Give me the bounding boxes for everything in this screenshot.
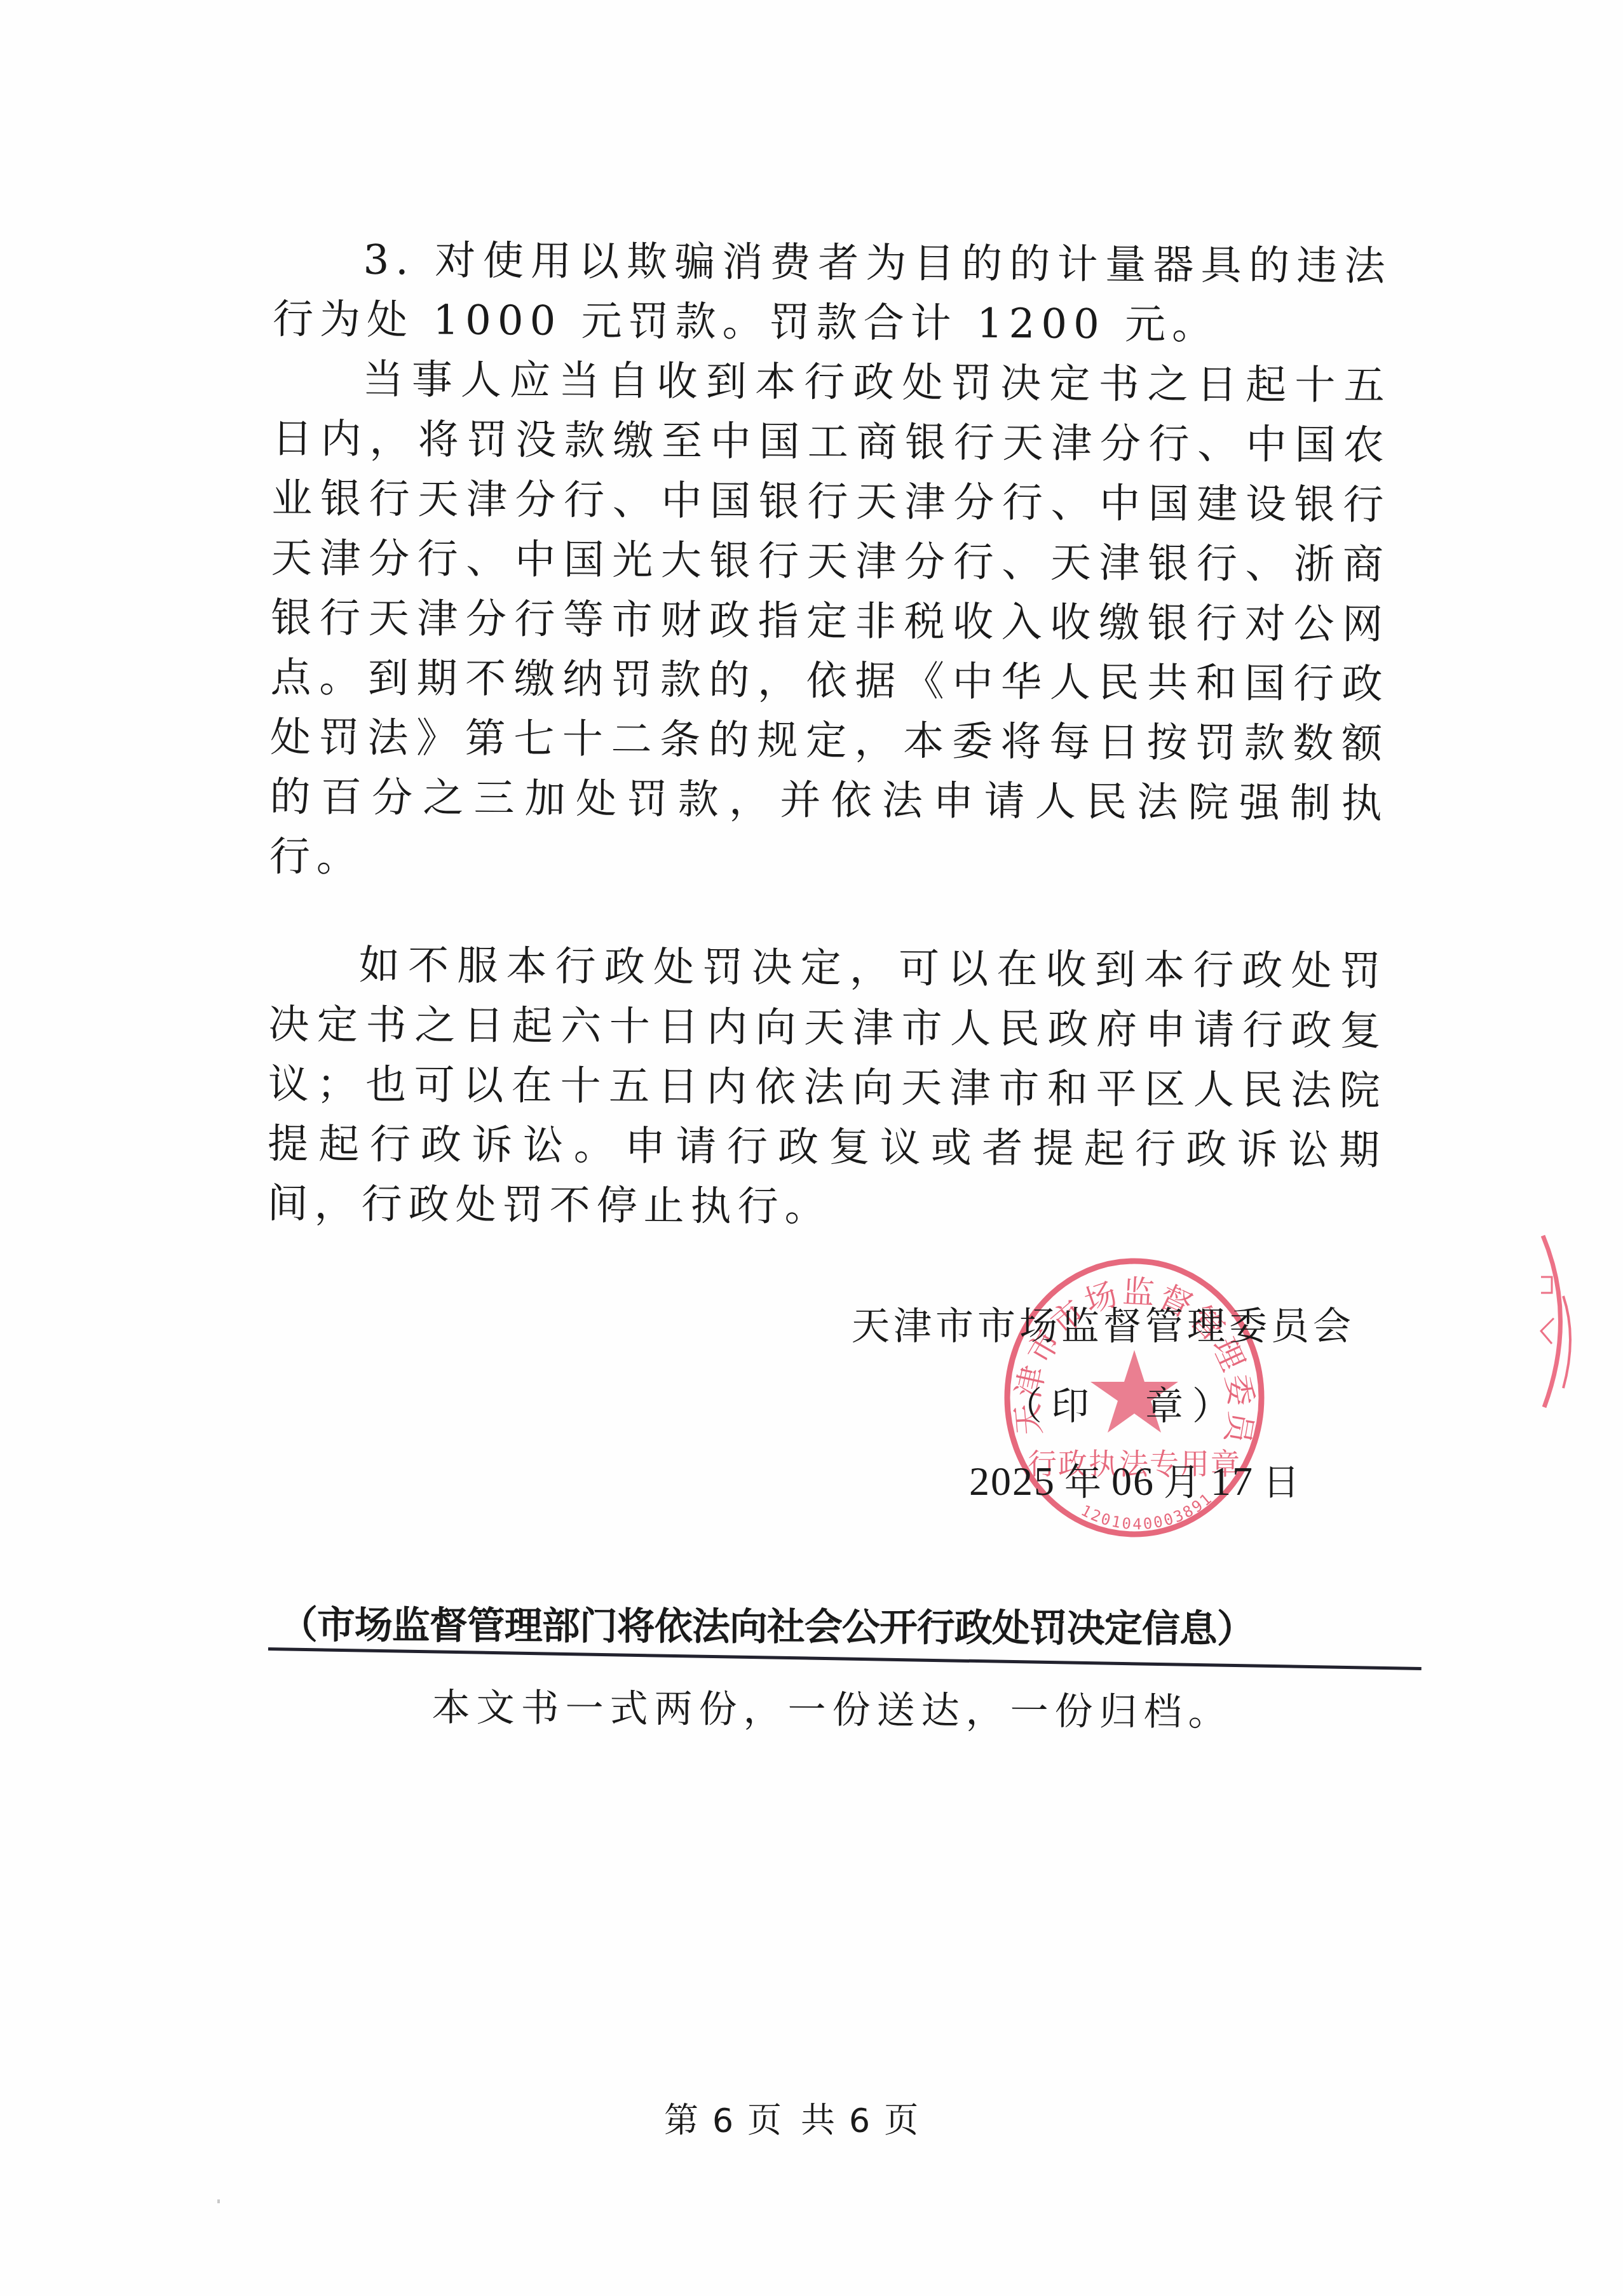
issue-date: 2025年06月17日: [969, 1452, 1310, 1506]
payment-instructions-paragraph: 当事人应当自收到本行政处罚决定书之日起十五日内，将罚没款缴至中国工商银行天津分行…: [269, 349, 1391, 894]
issuing-organization: 天津市市场监督管理委员会: [852, 1296, 1355, 1351]
page-number-footer: 第6页共6页: [664, 2093, 918, 2142]
footer-total-prefix: 共: [801, 2100, 835, 2140]
date-year: 2025: [969, 1459, 1056, 1504]
date-month: 06: [1111, 1459, 1155, 1504]
date-day: 17: [1211, 1459, 1254, 1504]
appeal-rights-paragraph: 如不服本行政处罚决定，可以在收到本行政处罚决定书之日起六十日内向天津市人民政府申…: [267, 935, 1387, 1241]
date-day-unit: 日: [1263, 1461, 1301, 1504]
total-pages-number: 6: [849, 2102, 870, 2140]
disclosure-notice: （市场监督管理部门将依法向社会公开行政处罚决定信息）: [280, 1595, 1360, 1654]
cross-page-seal-icon: [1538, 1229, 1595, 1414]
footer-total-unit: 页: [884, 2100, 918, 2140]
copies-note: 本文书一式两份，一份送达，一份归档。: [431, 1677, 1233, 1737]
date-month-unit: 月: [1164, 1461, 1202, 1504]
footer-prefix: 第: [664, 2100, 698, 2140]
document-page: 3. 对使用以欺骗消费者为目的的计量器具的违法行为处 1000 元罚款。罚款合计…: [0, 0, 1623, 2296]
current-page-number: 6: [712, 2102, 733, 2140]
date-year-unit: 年: [1064, 1461, 1103, 1504]
penalty-item-paragraph: 3. 对使用以欺骗消费者为目的的计量器具的违法行为处 1000 元罚款。罚款合计…: [273, 230, 1392, 356]
seal-label: （印 章）: [1004, 1376, 1239, 1431]
scan-speck: [217, 2199, 220, 2203]
document-body: 3. 对使用以欺骗消费者为目的的计量器具的违法行为处 1000 元罚款。罚款合计…: [267, 230, 1392, 1241]
footer-page-unit: 页: [747, 2100, 782, 2140]
